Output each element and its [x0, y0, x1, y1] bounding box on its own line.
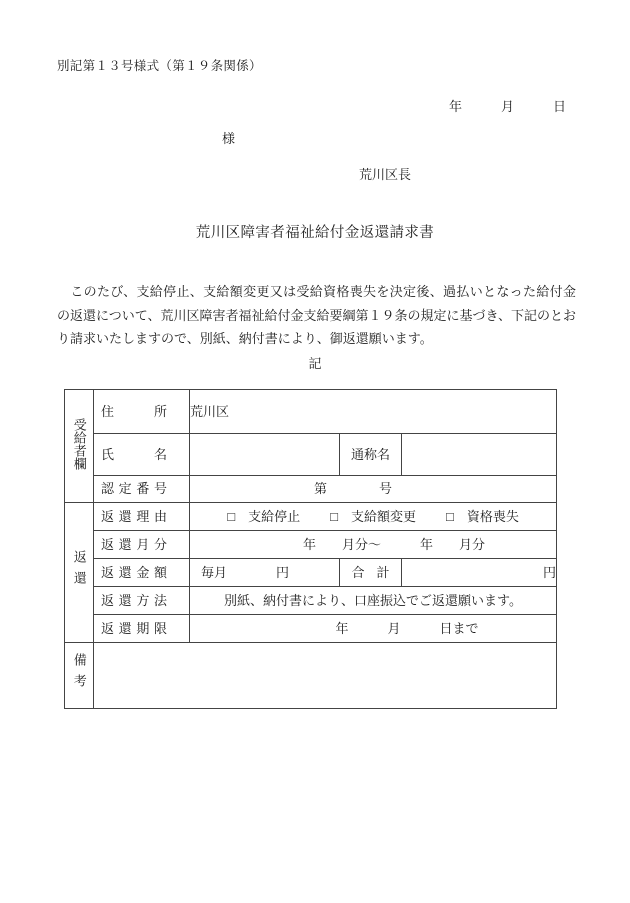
record-heading: 記 — [0, 356, 630, 372]
table-row: 備考 — [65, 643, 557, 709]
refund-method-value: 別紙、納付書により、口座振込でご返還願います。 — [224, 593, 522, 608]
address-label: 住所 — [101, 404, 167, 420]
refund-reason-label-cell: 返還理由 — [94, 503, 190, 531]
refund-deadline-value-cell[interactable]: 年 月 日まで — [190, 615, 557, 643]
cert-number-label-cell: 認定番号 — [94, 476, 190, 503]
table-row: 返還方法 別紙、納付書により、口座振込でご返還願います。 — [65, 587, 557, 615]
issuer-name: 荒川区長 — [359, 167, 411, 183]
table-row: 受給者欄 住所 荒川区 — [65, 390, 557, 434]
refund-months-value-cell[interactable]: 年 月分～ 年 月分 — [190, 531, 557, 559]
refund-deadline-label-cell: 返還期限 — [94, 615, 190, 643]
monthly-amount-prefix: 毎月 — [201, 565, 227, 581]
table-row: 氏名 通称名 — [65, 434, 557, 476]
refund-reason-option-label: 支給額変更 — [351, 509, 416, 525]
refund-months-value: 年 月分～ 年 月分 — [303, 537, 485, 552]
alias-label: 通称名 — [351, 447, 390, 462]
refund-method-label-cell: 返還方法 — [94, 587, 190, 615]
address-label-cell: 住所 — [94, 390, 190, 434]
total-amount-unit: 円 — [543, 565, 556, 580]
refund-method-value-cell: 別紙、納付書により、口座振込でご返還願います。 — [190, 587, 557, 615]
refund-reason-value-cell: □ 支給停止 □ 支給額変更 □ 資格喪失 — [190, 503, 557, 531]
name-label: 氏名 — [101, 447, 167, 463]
document-title: 荒川区障害者福祉給付金返還請求書 — [0, 225, 630, 242]
remarks-value-cell[interactable] — [94, 643, 557, 709]
refund-deadline-label: 返還期限 — [101, 621, 167, 637]
total-amount-cell[interactable]: 円 — [402, 559, 557, 587]
refund-deadline-value: 年 月 日まで — [336, 621, 479, 636]
table-row: 返還 返還理由 □ 支給停止 □ 支給額変更 — [65, 503, 557, 531]
total-label-cell: 合計 — [340, 559, 402, 587]
alias-label-cell: 通称名 — [340, 434, 402, 476]
total-label: 合計 — [352, 565, 390, 581]
refund-section-label: 返還 — [71, 550, 87, 592]
refund-reason-option-label: 支給停止 — [248, 509, 300, 525]
name-value-cell[interactable] — [190, 434, 340, 476]
table-row: 返還期限 年 月 日まで — [65, 615, 557, 643]
cert-number-suffix: 号 — [379, 481, 392, 497]
form-table: 受給者欄 住所 荒川区 氏名 通称名 — [64, 389, 557, 709]
document-page: 別記第１３号様式（第１９条関係） 年 月 日 様 荒川区長 荒川区障害者福祉給付… — [0, 0, 630, 903]
form-style-note: 別記第１３号様式（第１９条関係） — [57, 59, 262, 74]
refund-method-label: 返還方法 — [101, 593, 167, 609]
refund-amount-label-cell: 返還金額 — [94, 559, 190, 587]
table-row: 返還金額 毎月 円 合計 円 — [65, 559, 557, 587]
refund-reason-option: □ 支給停止 — [227, 509, 300, 525]
monthly-amount-cell[interactable]: 毎月 円 — [190, 559, 340, 587]
cert-number-value-cell[interactable]: 第 号 — [190, 476, 557, 503]
refund-section-cell: 返還 — [65, 503, 94, 643]
refund-amount-label: 返還金額 — [101, 565, 167, 581]
refund-months-label: 返還月分 — [101, 537, 167, 553]
recipient-section-label: 受給者欄 — [71, 418, 87, 470]
recipient-section-cell: 受給者欄 — [65, 390, 94, 503]
address-value: 荒川区 — [190, 404, 229, 419]
checkbox-icon[interactable]: □ — [446, 509, 454, 525]
cert-number-prefix: 第 — [314, 481, 327, 497]
body-paragraph: このたび、支給停止、支給額変更又は受給資格喪失を決定後、過払いとなった給付金の返… — [57, 280, 576, 351]
remarks-section-label: 備考 — [71, 653, 87, 695]
addressee-honorific: 様 — [222, 131, 235, 147]
refund-reason-option: □ 資格喪失 — [446, 509, 519, 525]
alias-value-cell[interactable] — [402, 434, 557, 476]
date-fill-in[interactable]: 年 月 日 — [449, 99, 566, 115]
refund-reason-option-label: 資格喪失 — [467, 509, 519, 525]
cert-number-label: 認定番号 — [101, 481, 167, 497]
table-row: 返還月分 年 月分～ 年 月分 — [65, 531, 557, 559]
refund-reason-label: 返還理由 — [101, 509, 167, 525]
address-value-cell[interactable]: 荒川区 — [190, 390, 557, 434]
remarks-section-cell: 備考 — [65, 643, 94, 709]
refund-reason-option: □ 支給額変更 — [330, 509, 416, 525]
table-row: 認定番号 第 号 — [65, 476, 557, 503]
refund-months-label-cell: 返還月分 — [94, 531, 190, 559]
checkbox-icon[interactable]: □ — [330, 509, 338, 525]
name-label-cell: 氏名 — [94, 434, 190, 476]
monthly-amount-unit: 円 — [276, 565, 289, 581]
checkbox-icon[interactable]: □ — [227, 509, 235, 525]
